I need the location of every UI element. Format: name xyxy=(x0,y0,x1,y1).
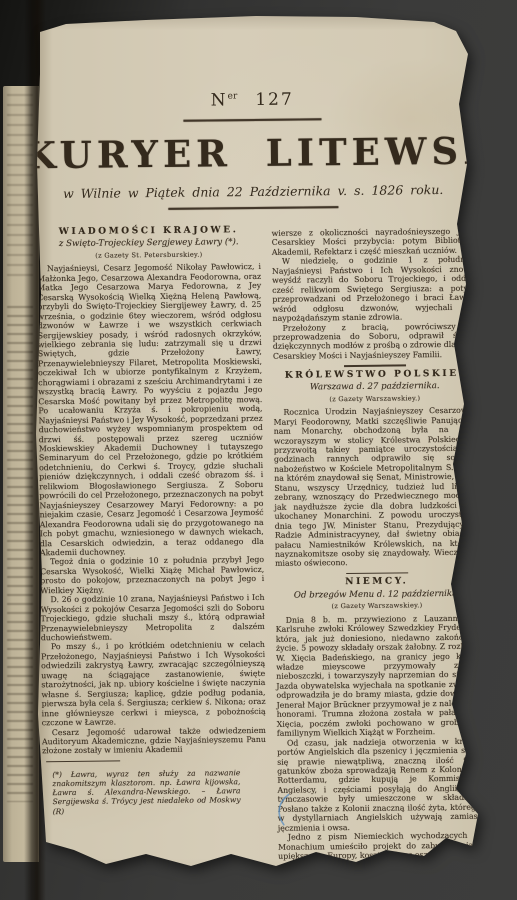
paragraph: Dnia 8 b. m. przywieziono z Lauzanny do … xyxy=(276,613,480,738)
newspaper-page: Ner127 KURYER LITEWSKI w Wilnie w Piątek… xyxy=(26,14,484,888)
section-paragraphs: Dnia 8 b. m. przywieziono z Lauzanny do … xyxy=(276,613,482,861)
section-niemcy: NIEMCY. Od brzegów Menu d. 12 październi… xyxy=(275,577,481,861)
column-right: wiersze z okoliczności nayradośnieyszego… xyxy=(272,224,482,862)
footnote-rule xyxy=(46,760,120,762)
page-wrap: Ner127 KURYER LITEWSKI w Wilnie w Piątek… xyxy=(0,0,517,900)
paragraph: Po mszy ś., i po krótkiém odetchnieniu w… xyxy=(41,640,266,727)
section-heading-krajowe: WIADOMOŚCI KRAJOWE. xyxy=(37,226,261,238)
paragraph: Jedno z pism Niemieckich wychodzących w … xyxy=(278,831,481,861)
source-line: (z Gazety St. Petersburskiey.) xyxy=(37,250,261,262)
continuation-paragraphs: wiersze z okoliczności nayradośnieyszego… xyxy=(272,227,476,361)
section-heading-polskie: KRÓLEWSTWO POLSKIE. xyxy=(273,370,476,382)
section-krolewstwo-polskie: KRÓLEWSTWO POLSKIE. Warszawa d. 27 paźdz… xyxy=(273,370,478,569)
section-divider xyxy=(346,572,408,574)
paragraph: Przełożony z bracią, powróciwszy z przep… xyxy=(273,321,476,361)
section-divider xyxy=(344,365,406,367)
blue-ink-mark xyxy=(273,793,293,827)
paragraph: W niedzielę, o godzinie 1 z południa, Na… xyxy=(272,255,476,323)
source-line: (z Gazety Warszawskiey.) xyxy=(276,601,479,613)
paragraph: Nayjaśnieysi, Cesarz Jegomość Nikołay Pa… xyxy=(37,262,264,557)
left-paragraphs: Nayjaśnieysi, Cesarz Jegomość Nikołay Pa… xyxy=(37,262,266,756)
paragraph: D. 26 o godzinie 10 zrana, Nayjaśnieysi … xyxy=(40,593,264,643)
page-content: Ner127 KURYER LITEWSKI w Wilnie w Piątek… xyxy=(22,12,489,891)
paragraph: Rocznica Urodzin Nayjaśnieyszey Cesarzow… xyxy=(273,406,478,569)
issue-prefix: N xyxy=(211,90,228,110)
section-dateline: Od brzegów Menu d. 12 października. xyxy=(275,590,478,602)
source-line: (z Gazety Warszawskiey.) xyxy=(273,393,476,405)
scanned-newspaper-page: Ner127 KURYER LITEWSKI w Wilnie w Piątek… xyxy=(0,0,517,900)
section-paragraphs: Rocznica Urodzin Nayjaśnieyszey Cesarzow… xyxy=(273,406,478,569)
masthead: Ner127 KURYER LITEWSKI w Wilnie w Piątek… xyxy=(23,88,482,212)
paragraph: Cesarz Jegomość udarował także odwiedzen… xyxy=(42,725,266,756)
masthead-dateline: w Wilnie w Piątek dnia 22 Października v… xyxy=(24,182,482,202)
paragraph: wiersze z okoliczności nayradośnieyszego… xyxy=(272,227,475,257)
section-heading-niemcy: NIEMCY. xyxy=(275,577,478,589)
footnote: (*) Ławra, wyraz ten służy za nazwanie z… xyxy=(42,768,266,816)
paragraph: Od czasu, jak nadzieja otworzenia w krót… xyxy=(277,736,481,833)
masthead-rule-bottom xyxy=(168,206,338,210)
section-dateline: Warszawa d. 27 października. xyxy=(273,382,476,394)
issue-superscript: er xyxy=(228,92,238,102)
paragraph: Tegoż dnia o godzinie 10 z południa przy… xyxy=(40,555,264,595)
newspaper-title: KURYER LITEWSKI xyxy=(24,129,482,178)
issue-number: Ner127 xyxy=(23,88,481,113)
text-columns: WIADOMOŚCI KRAJOWE. z Swięto-Trojeckiey … xyxy=(37,224,482,864)
column-left: WIADOMOŚCI KRAJOWE. z Swięto-Trojeckiey … xyxy=(37,226,268,864)
issue-value: 127 xyxy=(255,90,294,110)
article-title: z Swięto-Trojeckiey Sergjewey Ławry (*). xyxy=(37,238,261,250)
masthead-rule-top xyxy=(183,118,321,121)
